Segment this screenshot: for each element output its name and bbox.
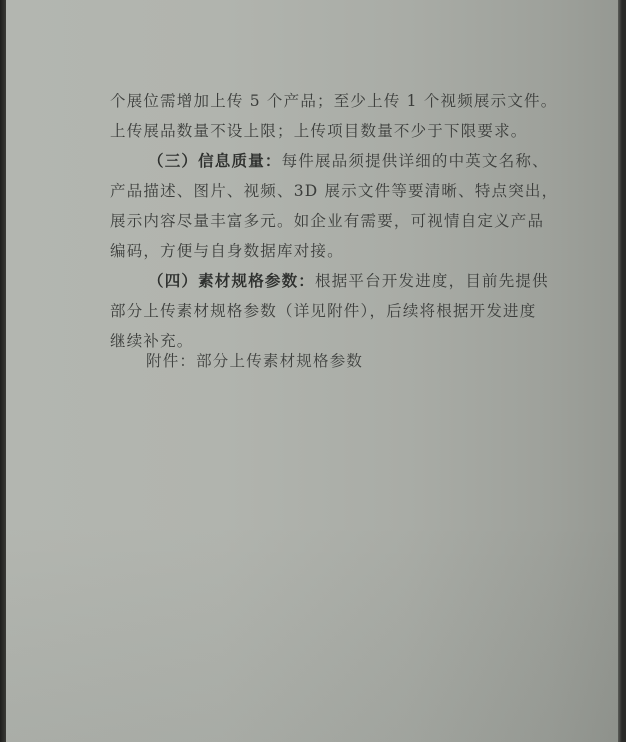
document-body: 个展位需增加上传 5 个产品；至少上传 1 个视频展示文件。 上传展品数量不设上… xyxy=(110,86,555,356)
body-line: 个展位需增加上传 5 个产品；至少上传 1 个视频展示文件。 xyxy=(110,86,555,116)
section-4-text: 根据平台开发进度，目前先提供 xyxy=(315,272,549,290)
attachment-line: 附件：部分上传素材规格参数 xyxy=(146,346,363,376)
section-3-heading: （三）信息质量： xyxy=(148,151,282,170)
section-4-heading: （四）素材规格参数： xyxy=(148,271,315,290)
section-3-first-line: （三）信息质量：每件展品须提供详细的中英文名称、 xyxy=(110,146,555,176)
section-3-text: 每件展品须提供详细的中英文名称、 xyxy=(282,152,549,170)
attachment-label: 附件： xyxy=(146,352,196,370)
body-line: 上传展品数量不设上限；上传项目数量不少于下限要求。 xyxy=(110,116,555,146)
body-line: 展示内容尽量丰富多元。如企业有需要，可视情自定义产品 xyxy=(110,206,555,236)
body-line: 产品描述、图片、视频、3D 展示文件等要清晰、特点突出， xyxy=(110,176,555,206)
attachment-title: 部分上传素材规格参数 xyxy=(196,352,363,370)
body-line: 部分上传素材规格参数（详见附件），后续将根据开发进度 xyxy=(110,296,555,326)
section-4-first-line: （四）素材规格参数：根据平台开发进度，目前先提供 xyxy=(110,266,555,296)
photo-right-edge xyxy=(618,0,622,742)
body-line: 编码，方便与自身数据库对接。 xyxy=(110,236,555,266)
